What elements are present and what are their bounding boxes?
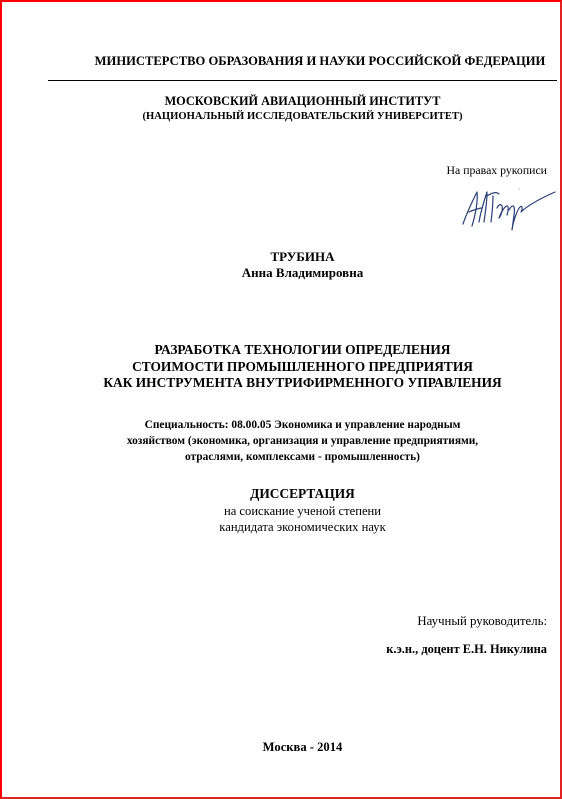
ministry-heading: МИНИСТЕРСТВО ОБРАЗОВАНИЯ И НАУКИ РОССИЙС… [42, 54, 562, 69]
degree-line: кандидата экономических наук [48, 519, 557, 536]
dissertation-title: РАЗРАБОТКА ТЕХНОЛОГИИ ОПРЕДЕЛЕНИЯ СТОИМО… [48, 342, 557, 392]
speciality-line: Специальность: 08.00.05 Экономика и упра… [48, 417, 557, 433]
speciality-block: Специальность: 08.00.05 Экономика и упра… [48, 417, 557, 465]
city-year: Москва - 2014 [48, 740, 557, 755]
institute-name: МОСКОВСКИЙ АВИАЦИОННЫЙ ИНСТИТУТ [48, 94, 557, 109]
author-given-names: Анна Владимировна [48, 265, 557, 281]
dissertation-block: ДИССЕРТАЦИЯ на соискание ученой степени … [48, 486, 557, 536]
speciality-line: отраслями, комплексами - промышленность) [48, 449, 557, 465]
author-surname: ТРУБИНА [48, 249, 557, 265]
advisor-label: Научный руководитель: [417, 614, 547, 629]
signature-icon [457, 182, 557, 232]
manuscript-note: На правах рукописи [447, 163, 548, 178]
header-divider [48, 80, 557, 81]
dissertation-heading: ДИССЕРТАЦИЯ [48, 486, 557, 503]
title-line: КАК ИНСТРУМЕНТА ВНУТРИФИРМЕННОГО УПРАВЛЕ… [48, 375, 557, 392]
institute-subtitle: (НАЦИОНАЛЬНЫЙ ИССЛЕДОВАТЕЛЬСКИЙ УНИВЕРСИ… [48, 109, 557, 124]
degree-line: на соискание ученой степени [48, 503, 557, 520]
advisor-name: к.э.н., доцент Е.Н. Никулина [386, 642, 547, 657]
document-page: МИНИСТЕРСТВО ОБРАЗОВАНИЯ И НАУКИ РОССИЙС… [0, 0, 562, 799]
speciality-line: хозяйством (экономика, организация и упр… [48, 433, 557, 449]
title-line: РАЗРАБОТКА ТЕХНОЛОГИИ ОПРЕДЕЛЕНИЯ [48, 342, 557, 359]
title-line: СТОИМОСТИ ПРОМЫШЛЕННОГО ПРЕДПРИЯТИЯ [48, 359, 557, 376]
author-block: ТРУБИНА Анна Владимировна [48, 249, 557, 281]
institute-block: МОСКОВСКИЙ АВИАЦИОННЫЙ ИНСТИТУТ (НАЦИОНА… [48, 94, 557, 124]
